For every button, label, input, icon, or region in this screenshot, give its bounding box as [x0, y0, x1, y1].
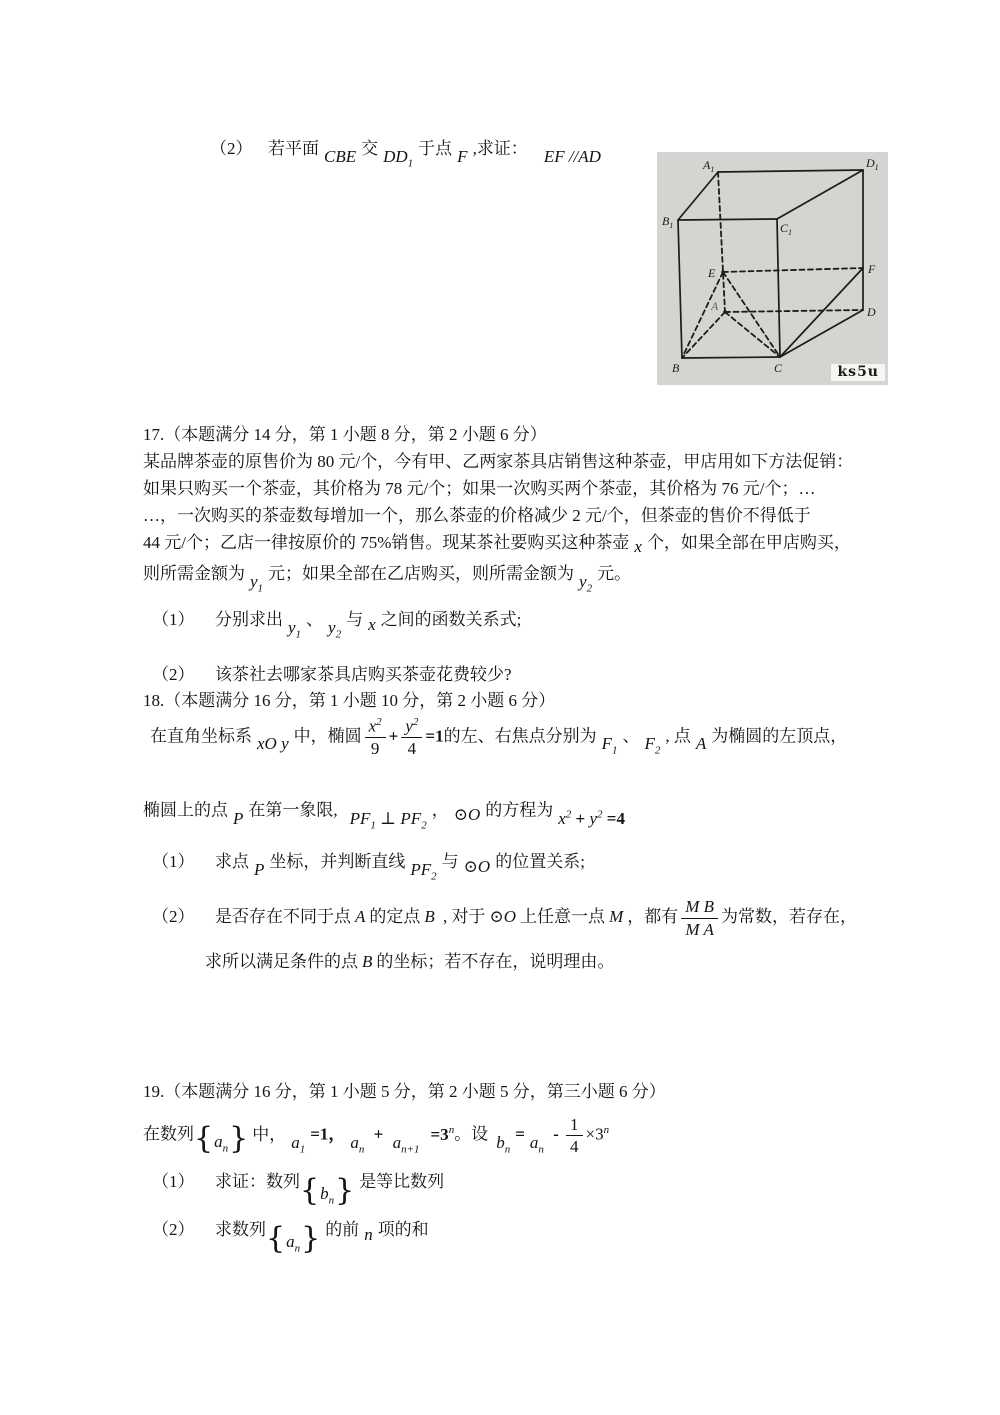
- watermark: ks5u: [831, 364, 885, 381]
- fraction-mb-ma: M BM A: [681, 897, 718, 939]
- right-brace: }: [229, 1121, 248, 1156]
- right-brace: }: [301, 1221, 320, 1256]
- math-an: an: [214, 1132, 228, 1151]
- math-an: an: [286, 1232, 300, 1251]
- fraction-x2-9: x29: [365, 716, 386, 759]
- math-a: A: [696, 734, 706, 753]
- math-bn: bn: [496, 1133, 510, 1152]
- math-a1: a1: [291, 1133, 305, 1152]
- math-y2: y2: [579, 572, 592, 591]
- math-f1: F1: [602, 734, 618, 753]
- cube-drawing: A1 D1 B1 C1 E F A D B C: [657, 152, 888, 385]
- q17-heading: 17.（本题满分 14 分，第 1 小题 8 分，第 2 小题 6 分）: [143, 421, 547, 448]
- exam-page: （2）若平面CBE交DD1于点F,求证：EF //AD: [0, 0, 1000, 1415]
- q16-text-4: ,求证：: [473, 139, 528, 158]
- math-y1: y1: [288, 618, 301, 637]
- item-number: （1）: [152, 606, 215, 633]
- math-n: n: [364, 1225, 373, 1244]
- label-D1: D1: [865, 156, 879, 172]
- math-m: M: [609, 907, 623, 926]
- q19-line1: 在数列{an}中，a1=1，an + an+1=3n。设bn=an - 14×3…: [143, 1112, 609, 1159]
- q16-part2-line: （2）若平面CBE交DD1于点F,求证：EF //AD: [210, 135, 606, 169]
- math-an: an: [530, 1133, 544, 1152]
- label-B: B: [672, 361, 680, 375]
- fraction-1-4: 14: [566, 1115, 583, 1157]
- math-p: P: [233, 809, 243, 828]
- item-number: （2）: [152, 899, 215, 935]
- q17-paragraph: 某品牌茶壶的原售价为 80 元/个，今有甲、乙两家茶具店销售这种茶壶，甲店用如下…: [143, 448, 888, 594]
- math-y2: y2: [328, 618, 341, 637]
- label-A1: A1: [702, 158, 714, 174]
- left-brace: {: [194, 1121, 213, 1156]
- item-number: （2）: [152, 661, 215, 688]
- q18-line2: 椭圆上的点P在第一象限,PF1 ⊥ PF2，⊙O的方程为x2 + y2 =4: [143, 793, 630, 831]
- q17-para-line2: 如果只购买一个茶壶，其价格为 78 元/个；如果一次购买两个茶壶，其价格为 76…: [143, 475, 888, 502]
- circle-o-symbol: ⊙O: [490, 907, 517, 926]
- q19-heading: 19.（本题满分 16 分，第 1 小题 5 分，第 2 小题 5 分，第三小题…: [143, 1078, 666, 1105]
- cube-solid-edges: [678, 170, 863, 358]
- math-cbe: CBE: [324, 147, 356, 166]
- cube-dashed-edges: [682, 172, 863, 358]
- math-y1: y1: [250, 572, 263, 591]
- label-A: A: [710, 299, 719, 313]
- q16-text-3: 于点: [418, 139, 452, 158]
- label-D: D: [866, 305, 876, 319]
- q19-item2: （2）求数列{an}的前n项的和: [152, 1216, 429, 1250]
- label-C1: C1: [780, 221, 792, 237]
- math-pf1-perp-pf2: PF1 ⊥ PF2: [350, 809, 427, 828]
- item-number: （2）: [210, 135, 268, 162]
- q18-item2-line2: 求所以满足条件的点B的坐标；若不存在，说明理由。: [205, 948, 614, 975]
- fraction-y2-4: y24: [401, 716, 422, 759]
- q17-item2: （2）该茶社去哪家茶具店购买茶壶花费较少?: [152, 661, 512, 688]
- math-b: B: [424, 907, 434, 926]
- q18-line1: 在直角坐标系xO y中，椭圆x29+y24=1的左、右焦点分别为F1、F2, 点…: [150, 716, 847, 761]
- label-E: E: [707, 266, 716, 280]
- math-xoy: xO y: [257, 734, 289, 753]
- q18-item1: （1）求点P坐标，并判断直线PF2与⊙O的位置关系;: [152, 848, 585, 882]
- q19-item1: （1）求证：数列{bn}是等比数列: [152, 1168, 444, 1202]
- q16-text-1: 若平面: [268, 139, 319, 158]
- item-number: （1）: [152, 848, 215, 875]
- plus-sign: +: [389, 726, 399, 745]
- math-bn: bn: [320, 1184, 334, 1203]
- q17-para-line4: 44 元/个；乙店一律按原价的 75%销售。现某茶社要购买这种茶壶x个，如果全部…: [143, 529, 888, 556]
- item-number: （1）: [152, 1168, 215, 1195]
- label-B1: B1: [662, 214, 673, 230]
- math-circle-equation: x2 + y2 =4: [558, 809, 625, 828]
- q17-para-line5: 则所需金额为y1元；如果全部在乙店购买，则所需金额为y2元。: [143, 560, 888, 594]
- label-F: F: [867, 262, 876, 276]
- math-p: P: [254, 860, 264, 879]
- math-pf2: PF2: [410, 860, 436, 879]
- math-an-plus-1: an+1: [393, 1133, 420, 1152]
- math-a: A: [355, 907, 365, 926]
- label-C: C: [774, 361, 783, 375]
- cube-figure: A1 D1 B1 C1 E F A D B C ks5u: [657, 152, 888, 385]
- q17-para-line3: …，一次购买的茶壶数每增加一个，那么茶壶的价格减少 2 元/个，但茶壶的售价不得…: [143, 502, 888, 529]
- math-ef-parallel-ad: EF //AD: [544, 147, 601, 166]
- left-brace: {: [266, 1221, 285, 1256]
- circle-o-symbol: ⊙O: [454, 805, 481, 824]
- q17-item1: （1）分别求出y1、y2与x之间的函数关系式;: [152, 606, 521, 640]
- equals-one: =1: [425, 726, 443, 745]
- math-dd1: DD1: [383, 147, 413, 166]
- math-f2: F2: [644, 734, 660, 753]
- right-brace: }: [335, 1173, 354, 1208]
- item-number: （2）: [152, 1216, 215, 1243]
- q17-para-line1: 某品牌茶壶的原售价为 80 元/个，今有甲、乙两家茶具店销售这种茶壶，甲店用如下…: [143, 448, 888, 475]
- left-brace: {: [300, 1173, 319, 1208]
- q16-text-2: 交: [361, 139, 378, 158]
- math-an: an: [350, 1133, 364, 1152]
- math-x: x: [634, 537, 642, 556]
- q18-heading: 18.（本题满分 16 分，第 1 小题 10 分，第 2 小题 6 分）: [143, 687, 555, 714]
- math-f: F: [457, 147, 467, 166]
- circle-o-symbol: ⊙O: [464, 857, 491, 876]
- q18-item2-line1: （2）是否存在不同于点A的定点B , 对于⊙O上任意一点M，都有M BM A为常…: [152, 897, 857, 939]
- math-b: B: [362, 952, 372, 971]
- math-x: x: [368, 615, 376, 634]
